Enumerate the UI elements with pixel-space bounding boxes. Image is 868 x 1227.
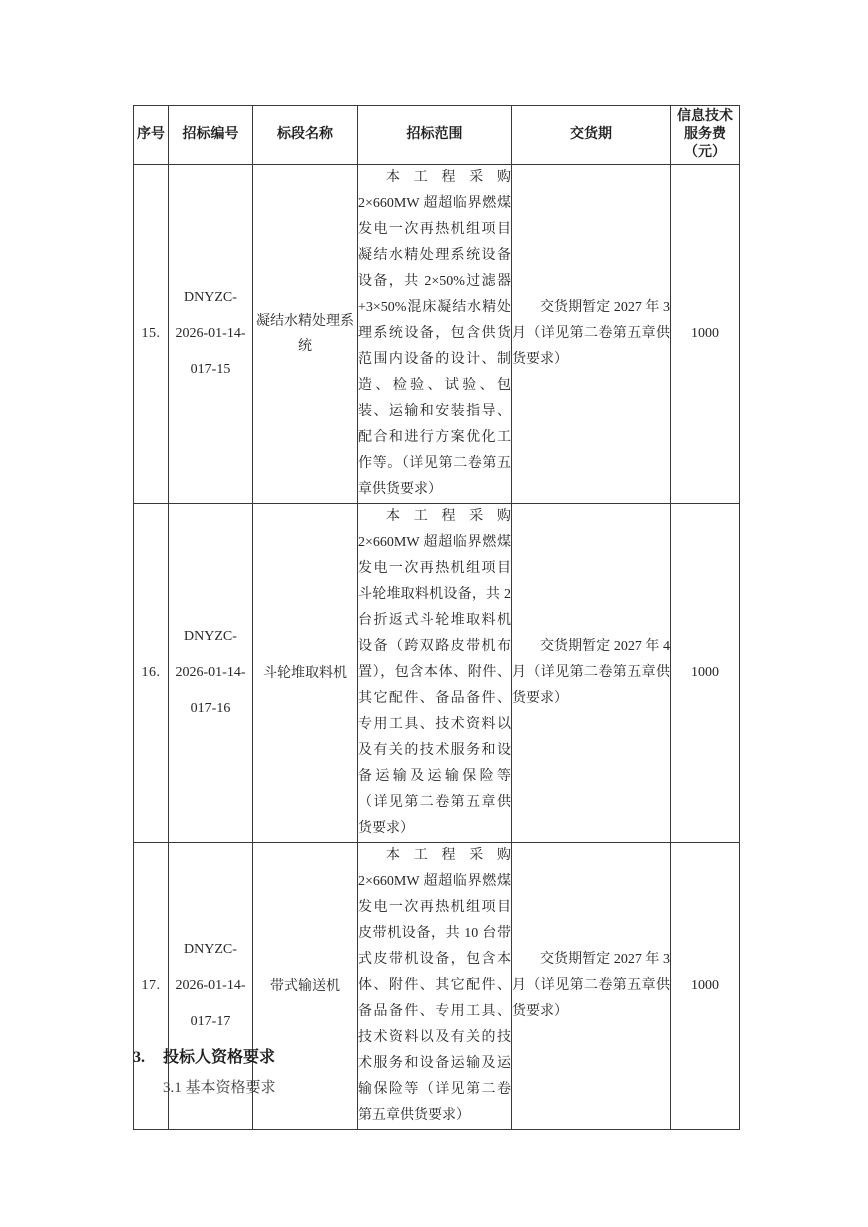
section-title: 投标人资格要求 [163, 1049, 275, 1066]
cell-section-name: 斗轮堆取料机 [253, 504, 358, 843]
table-header-row: 序号 招标编号 标段名称 招标范围 交货期 信息技术服务费（元） [134, 106, 740, 165]
cell-serial: 16. [134, 504, 169, 843]
col-header-serial: 序号 [134, 106, 169, 165]
table-row: 16. DNYZC-2026-01-14-017-16 斗轮堆取料机 本工程采购… [134, 504, 740, 843]
section-number: 3. [133, 1049, 163, 1067]
table-row: 15. DNYZC-2026-01-14-017-15 凝结水精处理系统 本工程… [134, 165, 740, 504]
section-heading: 3.投标人资格要求 [133, 1044, 275, 1067]
cell-tender-code: DNYZC-2026-01-14-017-16 [169, 504, 253, 843]
cell-service-fee: 1000 [671, 165, 740, 504]
cell-tender-scope: 本工程采购 2×660MW 超超临界燃煤发电一次再热机组项目皮带机设备，共 10… [358, 843, 512, 1130]
cell-tender-code: DNYZC-2026-01-14-017-15 [169, 165, 253, 504]
col-header-delivery-period: 交货期 [512, 106, 671, 165]
cell-service-fee: 1000 [671, 504, 740, 843]
cell-delivery-period: 交货期暂定 2027 年 3 月（详见第二卷第五章供货要求） [512, 165, 671, 504]
col-header-section-name: 标段名称 [253, 106, 358, 165]
col-header-tender-scope: 招标范围 [358, 106, 512, 165]
cell-tender-scope: 本工程采购 2×660MW 超超临界燃煤发电一次再热机组项目斗轮堆取料机设备，共… [358, 504, 512, 843]
cell-section-name: 凝结水精处理系统 [253, 165, 358, 504]
cell-serial: 15. [134, 165, 169, 504]
col-header-tender-code: 招标编号 [169, 106, 253, 165]
cell-service-fee: 1000 [671, 843, 740, 1130]
document-page: 序号 招标编号 标段名称 招标范围 交货期 信息技术服务费（元） 15. DNY… [0, 0, 868, 1227]
cell-delivery-period: 交货期暂定 2027 年 4 月（详见第二卷第五章供货要求） [512, 504, 671, 843]
col-header-it-service-fee: 信息技术服务费（元） [671, 106, 740, 165]
tender-table: 序号 招标编号 标段名称 招标范围 交货期 信息技术服务费（元） 15. DNY… [133, 105, 740, 1130]
cell-tender-scope: 本工程采购 2×660MW 超超临界燃煤发电一次再热机组项目凝结水精处理系统设备… [358, 165, 512, 504]
subsection-heading: 3.1 基本资格要求 [163, 1076, 276, 1097]
cell-delivery-period: 交货期暂定 2027 年 3 月（详见第二卷第五章供货要求） [512, 843, 671, 1130]
